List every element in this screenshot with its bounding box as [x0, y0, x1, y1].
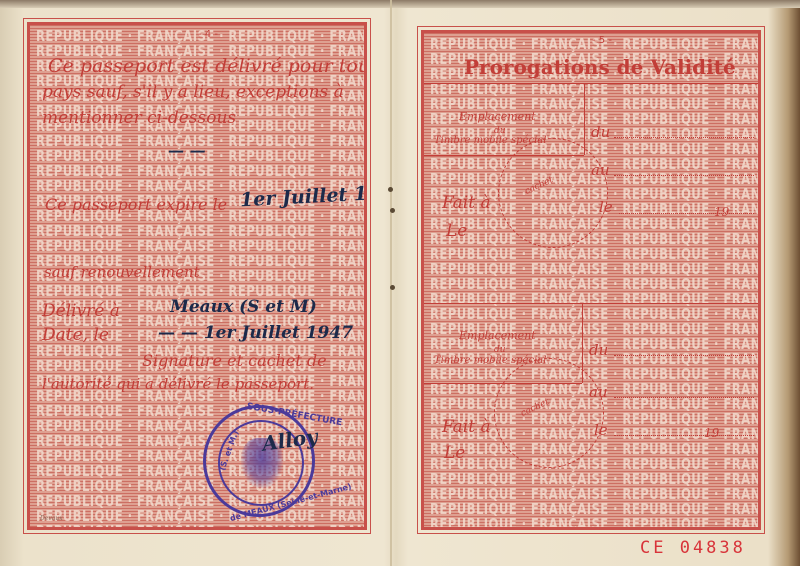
right-page: REPUBLIQUE · FRANÇAISE · REPUBLIQUE · FR… — [421, 30, 761, 530]
date-label: Date, le — [42, 325, 109, 345]
background-pattern-text: REPUBLIQUE · FRANÇAISE · REPUBLIQUE · FR… — [36, 524, 367, 530]
stamp-box-divider — [584, 83, 585, 155]
the-label: Le — [446, 221, 467, 241]
background-pattern-text: REPUBLIQUE · FRANÇAISE · REPUBLIQUE · FR… — [430, 247, 761, 262]
staple-hole — [388, 187, 393, 192]
background-pattern-text: REPUBLIQUE · FRANÇAISE · REPUBLIQUE · FR… — [36, 464, 367, 479]
issue-date-value: — — 1er Juillet 1947 — [158, 323, 353, 343]
title-divider — [424, 83, 761, 84]
background-pattern-text: REPUBLIQUE · FRANÇAISE · REPUBLIQUE · FR… — [430, 262, 761, 277]
validity-from-label: du — [591, 123, 610, 141]
passport-booklet: REPUBLIQUE · FRANÇAISE · REPUBLIQUE · FR… — [0, 0, 800, 566]
made-on-field — [619, 213, 754, 214]
validity-text-line-3: mentionner ci-dessous — [42, 108, 236, 128]
cachet-area — [498, 138, 608, 248]
stamp-text-left: (S. et M.) — [218, 429, 241, 471]
issued-at-label: Délivré à — [42, 301, 120, 321]
official-stamp: SOUS-PRÉFECTURE (S. et M.) de MEAUX (Sei… — [203, 405, 315, 517]
validity-from-field — [614, 137, 754, 138]
background-pattern-text: REPUBLIQUE · FRANÇAISE · REPUBLIQUE · FR… — [36, 509, 367, 524]
block-divider — [424, 303, 761, 304]
made-on-label: le — [599, 198, 613, 216]
signature-label-line-2: l'autorité qui a délivré le passeport. — [42, 375, 314, 393]
background-pattern-text: REPUBLIQUE · FRANÇAISE · REPUBLIQUE · FR… — [36, 224, 367, 239]
background-pattern-text: REPUBLIQUE · FRANÇAISE · REPUBLIQUE · FR… — [430, 502, 761, 517]
background-pattern-text: REPUBLIQUE · FRANÇAISE · REPUBLIQUE · FR… — [430, 487, 761, 502]
left-page: REPUBLIQUE · FRANÇAISE · REPUBLIQUE · FR… — [27, 22, 367, 530]
background-pattern-text: REPUBLIQUE · FRANÇAISE · REPUBLIQUE · FR… — [36, 239, 367, 254]
background-pattern-text: REPUBLIQUE · FRANÇAISE · REPUBLIQUE · FR… — [430, 517, 761, 530]
prorogations-title: Prorogations de Validité — [464, 55, 736, 79]
staple-hole — [390, 208, 395, 213]
year-prefix: 19 — [714, 205, 729, 219]
background-pattern-text: REPUBLIQUE · FRANÇAISE · REPUBLIQUE · FR… — [36, 449, 367, 464]
serial-number: CE 04838 — [640, 538, 746, 558]
background-pattern-text: REPUBLIQUE · FRANÇAISE · REPUBLIQUE · FR… — [430, 457, 761, 472]
background-pattern-text: REPUBLIQUE · FRANÇAISE · REPUBLIQUE · FR… — [430, 367, 761, 382]
background-pattern-text: REPUBLIQUE · FRANÇAISE · REPUBLIQUE · FR… — [430, 292, 761, 307]
validity-from-field — [614, 355, 754, 356]
expiry-label: Ce passeport expire le — [45, 195, 227, 214]
made-on-field — [614, 435, 754, 436]
signature-label-line-1: Signature et cachet de — [142, 351, 327, 370]
printer-mark: Devaux — [40, 515, 63, 522]
made-at-label: Fait à — [442, 417, 491, 437]
validity-text-line-1: Ce passeport est délivré pour tous — [48, 55, 367, 77]
year-prefix: 19 — [704, 426, 719, 440]
validity-to-field — [614, 175, 754, 176]
validity-from-label: du — [589, 341, 608, 359]
background-pattern-text: REPUBLIQUE · FRANÇAISE · REPUBLIQUE · FR… — [430, 442, 761, 457]
made-on-label: le — [594, 421, 608, 439]
validity-text-line-2: pays sauf, s'il y a lieu, exceptions à — [42, 82, 344, 102]
background-pattern-text: REPUBLIQUE · FRANÇAISE · REPUBLIQUE · FR… — [36, 164, 367, 179]
background-pattern-text: REPUBLIQUE · FRANÇAISE · REPUBLIQUE · FR… — [430, 277, 761, 292]
stamp-location-du: du — [494, 345, 506, 355]
staple-hole — [390, 285, 395, 290]
made-at-label: Fait à — [442, 193, 491, 213]
spine-fold — [390, 0, 392, 566]
stamp-location-label: Emplacement — [459, 329, 536, 342]
page-number: - 4 - — [198, 29, 218, 40]
background-pattern-text: REPUBLIQUE · FRANÇAISE · REPUBLIQUE · FR… — [430, 232, 761, 247]
validity-to-field — [614, 397, 754, 398]
background-pattern-text: REPUBLIQUE · FRANÇAISE · REPUBLIQUE · FR… — [430, 82, 761, 97]
cachet-area — [494, 358, 604, 468]
renewal-note: sauf renouvellement — [44, 263, 200, 281]
background-pattern-text: REPUBLIQUE · FRANÇAISE · REPUBLIQUE · FR… — [430, 307, 761, 322]
page-number: - 5 - — [592, 35, 612, 46]
background-pattern-text: REPUBLIQUE · FRANÇAISE · REPUBLIQUE · FR… — [430, 472, 761, 487]
the-label: Le — [444, 443, 465, 463]
exceptions-value: — — — [168, 141, 206, 160]
issued-at-value: Meaux (S et M) — [170, 297, 317, 317]
stamp-location-label: Emplacement — [459, 110, 536, 123]
